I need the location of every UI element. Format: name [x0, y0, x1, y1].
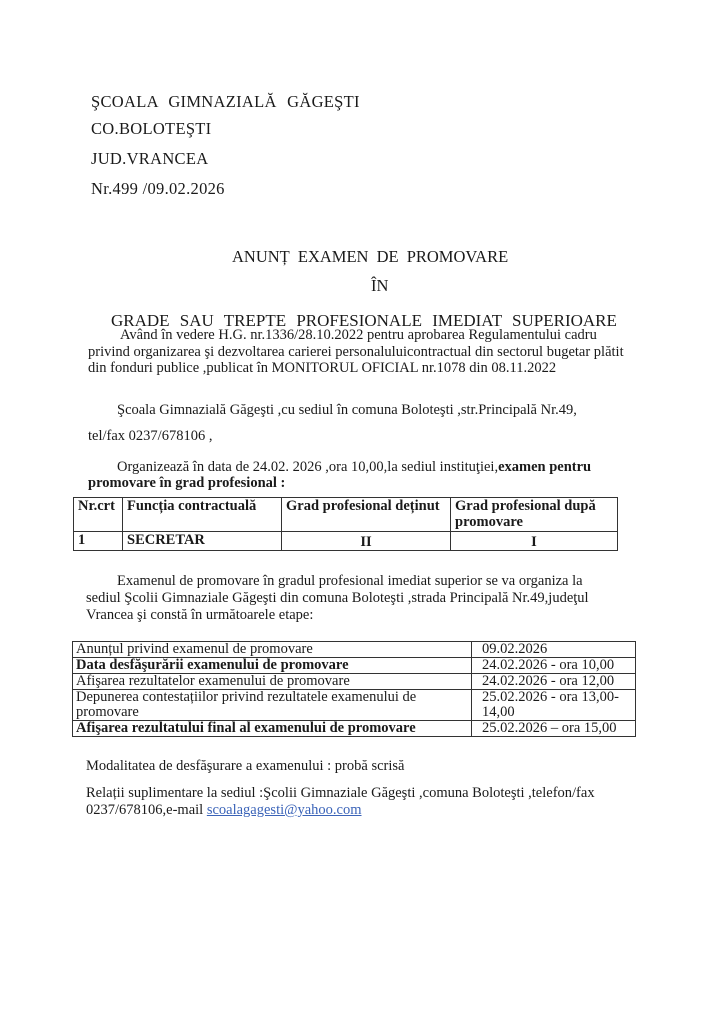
stage-label: Afişarea rezultatului final al examenulu…	[73, 721, 472, 737]
table-row: Depunerea contestațiilor privind rezulta…	[73, 690, 636, 721]
document-title-line2: ÎN	[371, 276, 388, 296]
table-row: Data desfăşurării examenului de promovar…	[73, 658, 636, 674]
document-title-line1: ANUNȚ EXAMEN DE PROMOVARE	[232, 247, 508, 267]
cell-nr: 1	[74, 532, 123, 551]
exam-modality: Modalitatea de desfăşurare a examenului …	[86, 758, 404, 775]
schedule-table: Anunțul privind examenul de promovare 09…	[72, 641, 636, 737]
intro-paragraph: Având în vedere H.G. nr.1336/28.10.2022 …	[88, 327, 640, 377]
email-link[interactable]: scoalagagesti@yahoo.com	[207, 802, 362, 818]
table-row: 1 SECRETAR II I	[74, 532, 618, 551]
commune-name: CO.BOLOTEŞTI	[91, 119, 211, 139]
header-grade-after: Grad profesional după promovare	[451, 498, 618, 532]
stage-date: 25.02.2026 – ora 15,00	[472, 721, 636, 737]
school-name: ŞCOALA GIMNAZIALĂ GĂGEŞTI	[91, 92, 360, 112]
table-row: Afişarea rezultatelor examenului de prom…	[73, 674, 636, 690]
intro-paragraph-text: Având în vedere H.G. nr.1336/28.10.2022 …	[88, 327, 624, 376]
table-row: Afişarea rezultatului final al examenulu…	[73, 721, 636, 737]
cell-function: SECRETAR	[123, 532, 282, 551]
cell-grade-held: II	[282, 532, 451, 551]
stage-label: Data desfăşurării examenului de promovar…	[73, 658, 472, 674]
exam-info-line1: Examenul de promovare în gradul profesio…	[117, 573, 583, 590]
header-nr-crt: Nr.crt	[74, 498, 123, 532]
relations-prefix: 0237/678106,e-mail	[86, 802, 207, 818]
relations-line2: 0237/678106,e-mail scoalagagesti@yahoo.c…	[86, 802, 362, 819]
organizes-bold-text: examen pentru	[498, 459, 591, 475]
school-address: Şcoala Gimnazială Găgeşti ,cu sediul în …	[117, 402, 577, 419]
organizes-line: Organizează în data de 24.02. 2026 ,ora …	[117, 459, 591, 476]
stage-date: 24.02.2026 - ora 12,00	[472, 674, 636, 690]
header-function: Funcția contractuală	[123, 498, 282, 532]
stage-date: 24.02.2026 - ora 10,00	[472, 658, 636, 674]
grade-table-header: Nr.crt Funcția contractuală Grad profesi…	[74, 498, 618, 532]
table-row: Anunțul privind examenul de promovare 09…	[73, 642, 636, 658]
cell-grade-after: I	[451, 532, 618, 551]
grade-table: Nr.crt Funcția contractuală Grad profesi…	[73, 497, 618, 551]
exam-info-line3: Vrancea şi constă în următoarele etape:	[86, 607, 313, 624]
relations-line1: Relații suplimentare la sediul :Şcolii G…	[86, 785, 595, 802]
stage-label: Afişarea rezultatelor examenului de prom…	[73, 674, 472, 690]
organizes-line2: promovare în grad profesional :	[88, 475, 285, 492]
exam-info-line2: sediul Şcolii Gimnaziale Găgeşti din com…	[86, 590, 589, 607]
school-telfax: tel/fax 0237/678106 ,	[88, 428, 212, 445]
organizes-text: Organizează în data de 24.02. 2026 ,ora …	[117, 459, 498, 475]
stage-date: 09.02.2026	[472, 642, 636, 658]
stage-label: Depunerea contestațiilor privind rezulta…	[73, 690, 472, 721]
registration-number: Nr.499 /09.02.2026	[91, 179, 225, 199]
stage-date: 25.02.2026 - ora 13,00-14,00	[472, 690, 636, 721]
stage-label: Anunțul privind examenul de promovare	[73, 642, 472, 658]
county-name: JUD.VRANCEA	[91, 149, 208, 169]
header-grade-held: Grad profesional deținut	[282, 498, 451, 532]
